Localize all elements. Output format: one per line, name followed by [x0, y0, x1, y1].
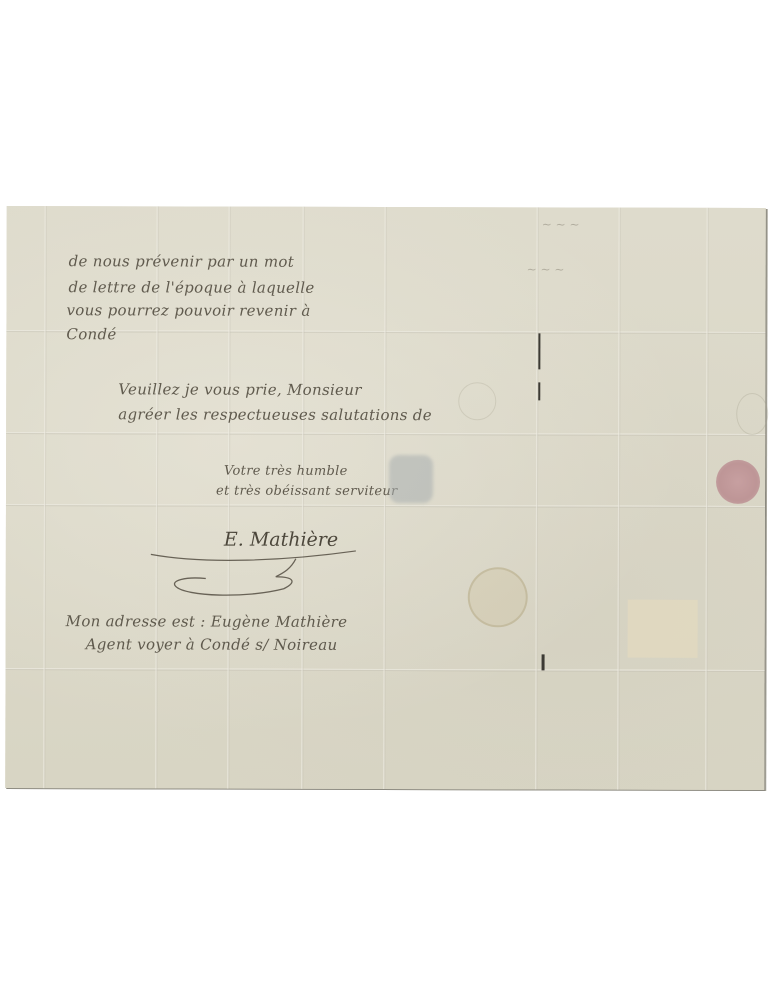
postscript-line: Agent voyer à Condé s/ Noireau	[86, 634, 338, 655]
faint-postmark	[458, 382, 496, 420]
letter-line: agréer les respectueuses salutations de	[118, 404, 432, 425]
faint-postmark	[736, 393, 768, 435]
postscript-line: Mon adresse est : Eugène Mathière	[66, 611, 348, 632]
letter-line: Condé	[66, 324, 116, 344]
fold-crease	[535, 207, 539, 789]
letter-sheet: de nous prévenir par un mot de lettre de…	[5, 206, 766, 790]
closing-line: Votre très humble	[224, 462, 348, 482]
fold-crease	[617, 208, 621, 790]
fold-crease	[43, 206, 47, 788]
signature-flourish	[146, 546, 366, 607]
closing-line: et très obéissant serviteur	[216, 482, 398, 502]
postmark	[468, 567, 528, 627]
wax-seal	[716, 460, 760, 504]
letter-line: de lettre de l'époque à laquelle	[69, 277, 315, 298]
letter-line: de nous prévenir par un mot	[69, 251, 294, 272]
ink-mark	[538, 382, 540, 400]
letter-line: vous pourrez pouvoir revenir à	[66, 300, 310, 321]
letter-line: Veuillez je vous prie, Monsieur	[118, 379, 361, 400]
ink-mark	[542, 654, 545, 670]
faded-stamp	[389, 455, 433, 503]
ink-mark	[538, 333, 540, 369]
paper-remnant	[628, 600, 698, 658]
fold-crease	[705, 208, 709, 790]
faint-notation: ~ ~ ~	[527, 262, 565, 276]
faint-notation: ~ ~ ~	[542, 217, 580, 231]
